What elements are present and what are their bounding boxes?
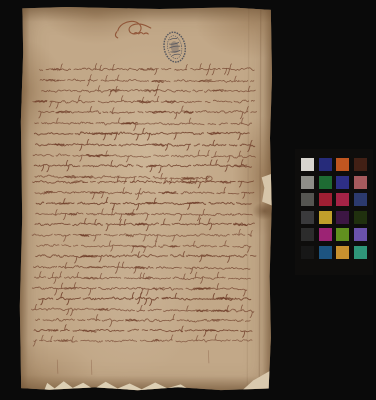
color-checker [295,149,373,275]
handwritten-line [35,186,254,200]
handwritten-word-emphasis [86,256,97,257]
handwritten-word-emphasis [152,339,159,341]
handwritten-word-emphasis [209,132,220,133]
color-patch [336,228,349,241]
handwritten-word-emphasis [125,213,135,215]
handwritten-word-emphasis [152,111,166,112]
color-patch [354,246,367,259]
color-patch [354,228,367,241]
handwritten-word-emphasis [162,192,176,194]
handwritten-line [36,209,253,221]
handwritten-word-emphasis [55,144,65,145]
handwritten-line [36,251,256,264]
color-patch [301,158,314,171]
handwritten-word-emphasis [218,310,229,311]
scan-background [0,0,376,400]
color-patch [319,246,332,259]
color-patch [336,176,349,189]
handwritten-word-emphasis [126,235,133,237]
handwritten-word-emphasis [84,277,98,279]
handwritten-word-emphasis [82,176,93,178]
handwritten-word-emphasis [65,177,76,178]
handwritten-word-emphasis [147,203,157,204]
color-patch [301,246,314,259]
handwritten-word-emphasis [149,165,157,166]
handwritten-line [34,325,252,338]
handwritten-word-emphasis [205,330,215,331]
color-patch [319,228,332,241]
handwritten-word-emphasis [87,267,101,268]
handwritten-word-emphasis [220,181,231,183]
handwritten-word-emphasis [182,182,196,184]
handwritten-line [34,128,249,141]
handwritten-line [32,228,252,242]
handwritten-line [36,139,255,151]
fold-tick-mark [91,360,92,375]
archive-stamp-icon [162,31,188,64]
handwritten-word-emphasis [46,80,59,82]
color-patch [301,176,314,189]
handwritten-word-emphasis [49,329,58,331]
color-patch [354,211,367,224]
handwritten-word-emphasis [69,214,77,215]
handwritten-line [34,159,252,173]
fold-tick-mark [57,360,58,374]
handwritten-word-emphasis [132,246,145,248]
color-patch [336,193,349,206]
handwritten-word-emphasis [135,267,144,268]
handwritten-word-emphasis [211,310,218,311]
color-patch [336,246,349,259]
rubric-flourish-icon [115,21,150,38]
color-patch [336,211,349,224]
handwritten-text-block [31,63,256,347]
handwritten-word-emphasis [59,203,69,204]
color-patch [301,211,314,224]
handwritten-line [36,197,251,210]
handwritten-word-emphasis [92,133,98,134]
handwritten-word-emphasis [44,192,52,193]
handwritten-word-emphasis [152,144,164,145]
handwritten-line [39,105,257,119]
fold-tick-marks [57,350,209,376]
color-patch [319,211,332,224]
handwritten-word-emphasis [170,246,177,247]
handwritten-word-emphasis [62,288,76,289]
handwritten-line [35,117,252,131]
handwritten-word-emphasis [52,69,60,70]
color-patch [354,158,367,171]
handwritten-word-emphasis [213,90,226,91]
handwritten-word-emphasis [212,320,220,321]
handwritten-word-emphasis [184,111,193,113]
handwritten-line [33,150,255,163]
manuscript-page [19,6,273,391]
handwritten-line [35,271,251,284]
handwritten-word-emphasis [135,224,147,225]
color-patch [336,158,349,171]
color-patch [354,193,367,206]
color-patch [319,193,332,206]
handwritten-word-emphasis [80,235,88,236]
handwritten-word-emphasis [59,340,68,341]
color-patch [301,193,314,206]
fold-tick-mark [208,350,209,363]
handwritten-word-emphasis [90,192,104,193]
color-patch [354,176,367,189]
handwritten-word-emphasis [98,309,108,310]
manuscript-handwriting [19,6,273,391]
color-patch [319,158,332,171]
color-patch [319,176,332,189]
handwritten-word-emphasis [152,81,163,83]
color-patch [301,228,314,241]
handwritten-word-emphasis [187,202,201,203]
handwritten-line [40,74,254,86]
handwritten-word-emphasis [121,123,131,124]
